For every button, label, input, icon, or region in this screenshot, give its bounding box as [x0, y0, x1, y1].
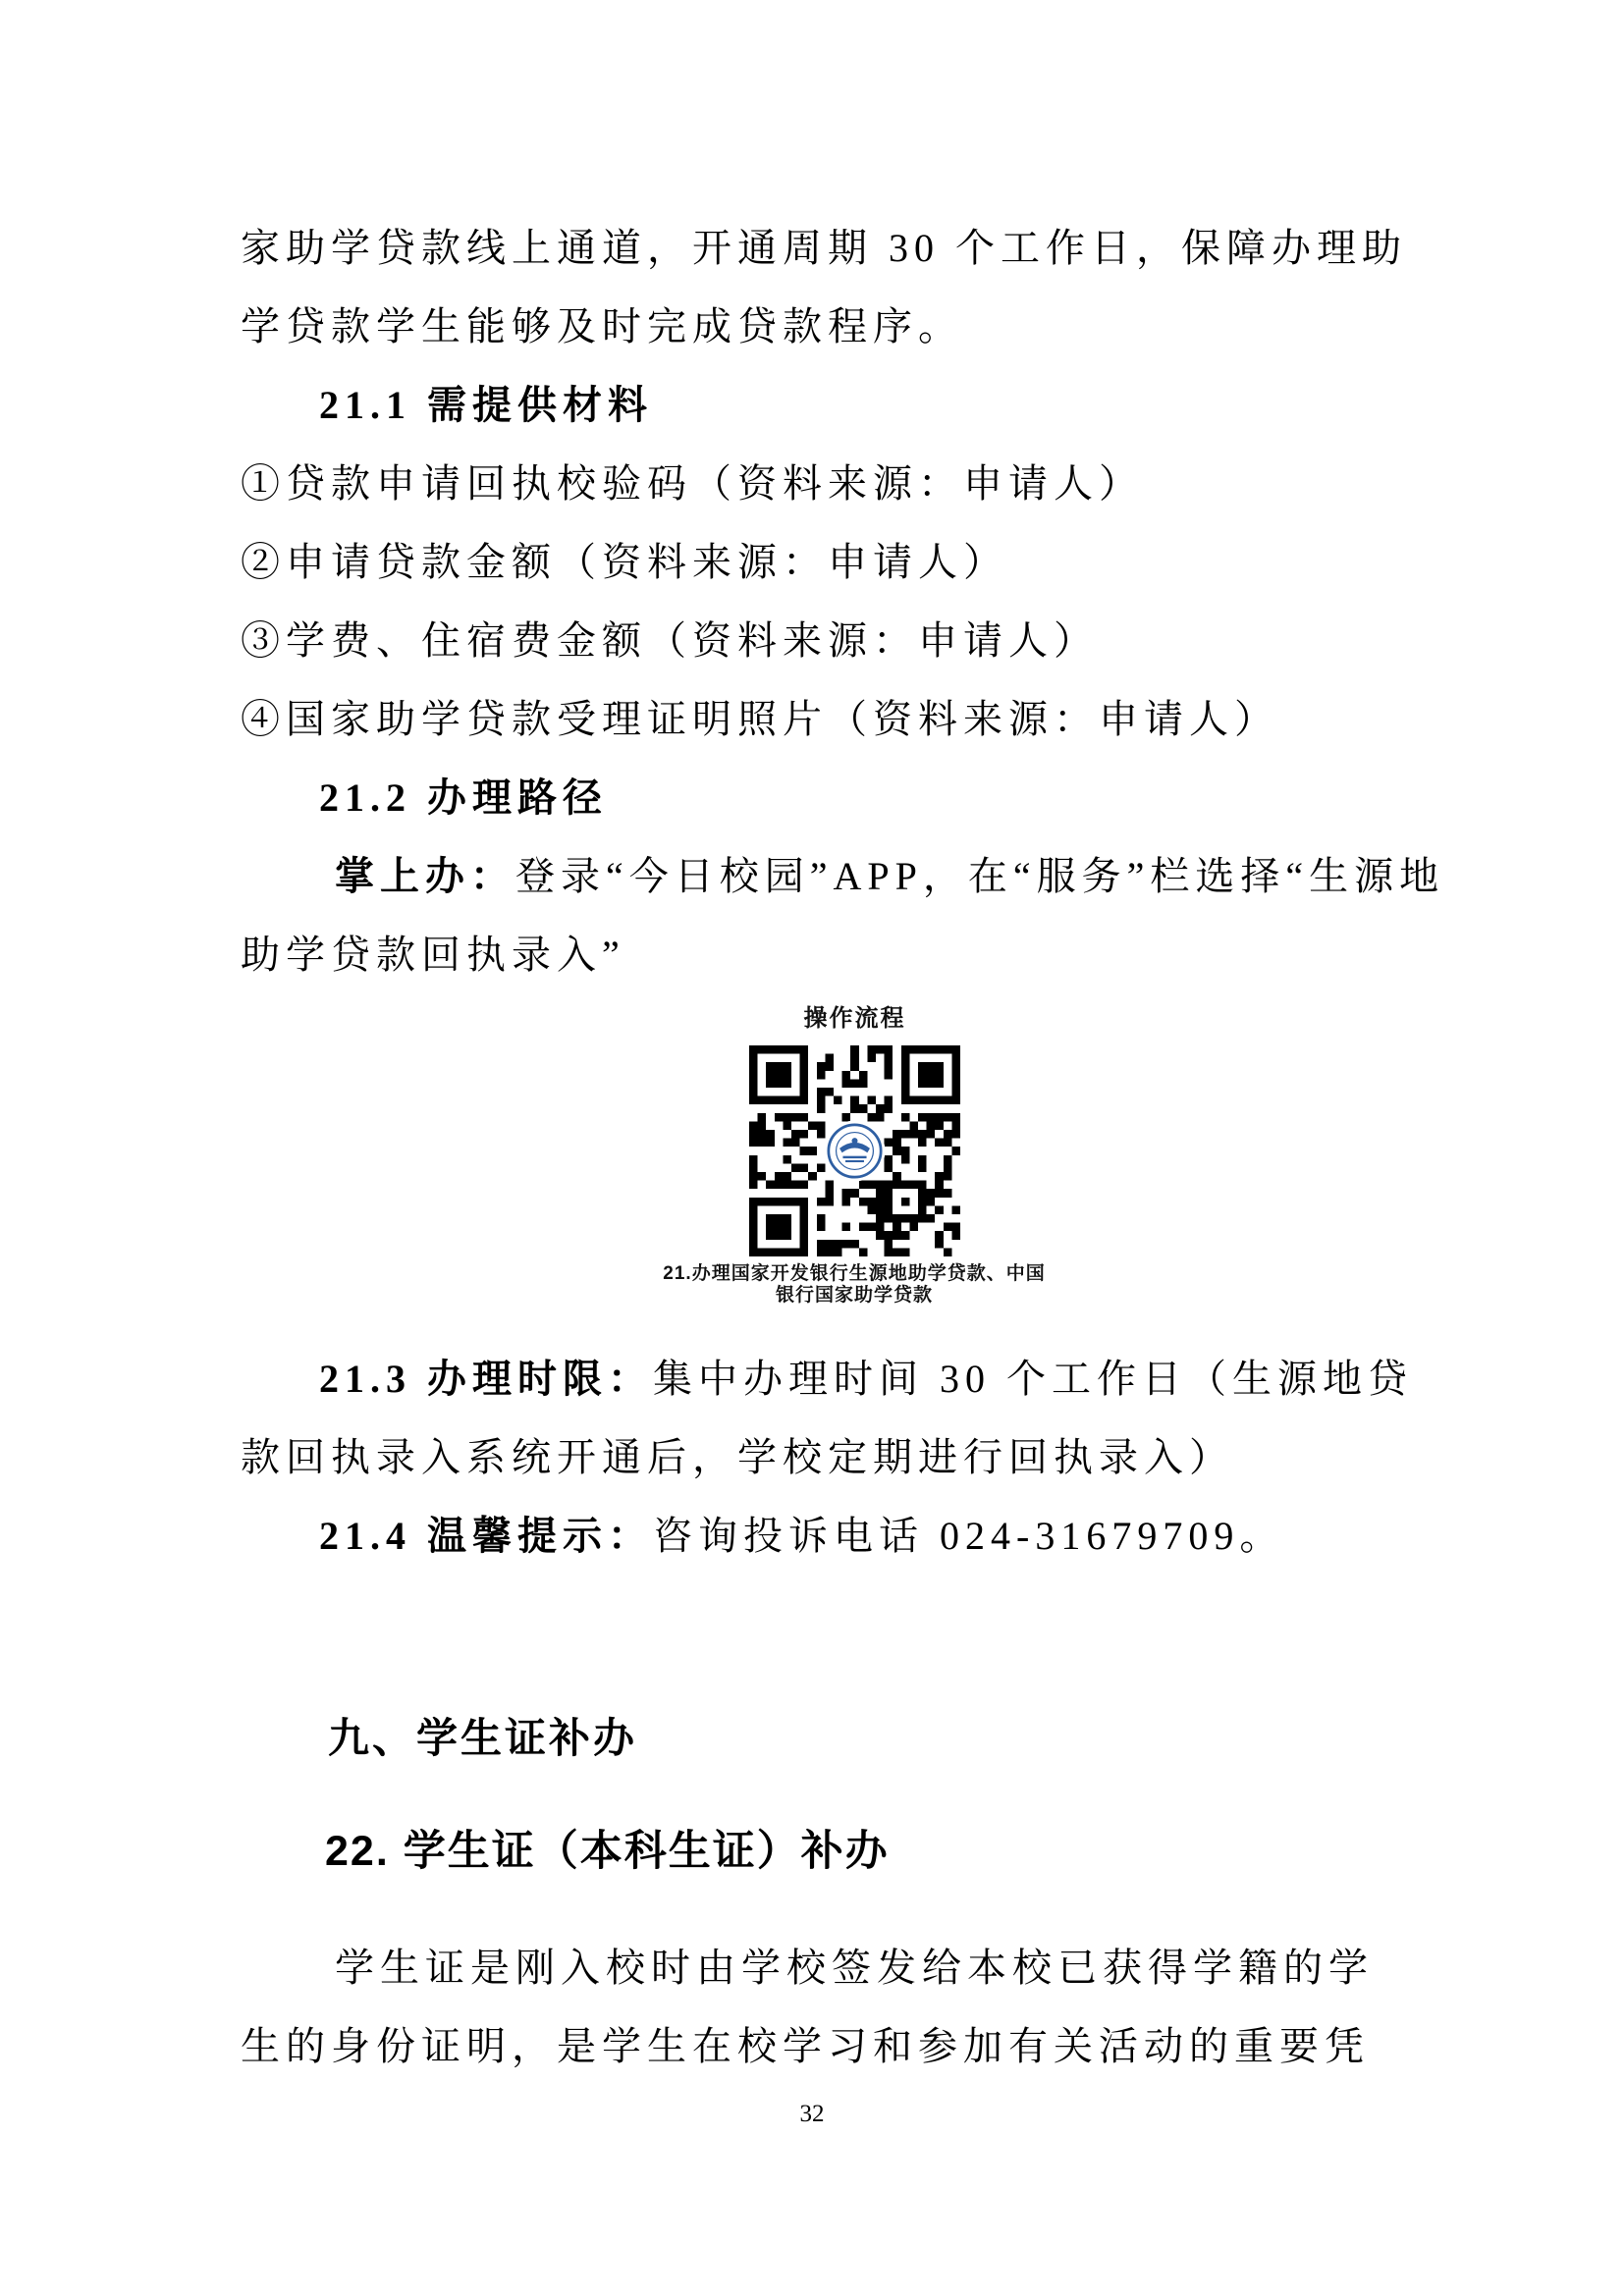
- qr-figure-caption: 21.办理国家开发银行生源地助学贷款、中国 银行国家助学贷款: [599, 1263, 1110, 1307]
- paragraph-line: 生的身份证明，是学生在校学习和参加有关活动的重要凭: [241, 2007, 1370, 2086]
- list-item: ②申请贷款金额（资料来源：申请人）: [241, 523, 1008, 602]
- run-lead: 掌上办：: [335, 854, 515, 898]
- qr-code-svg: [749, 1045, 960, 1256]
- document-page: 家助学贷款线上通道，开通周期 30 个工作日，保障办理助 学贷款学生能够及时完成…: [0, 0, 1624, 2296]
- paragraph-line: 学生证是刚入校时由学校签发给本校已获得学籍的学: [335, 1929, 1374, 2007]
- section-heading-9: 九、学生证补办: [328, 1706, 637, 1765]
- paragraph-line: 21.4 温馨提示：咨询投诉电话 024-31679709。: [319, 1497, 1284, 1575]
- list-item: ①贷款申请回执校验码（资料来源：申请人）: [241, 445, 1144, 523]
- paragraph-line: 学贷款学生能够及时完成贷款程序。: [241, 288, 963, 366]
- run-lead: 21.4 温馨提示：: [319, 1514, 653, 1558]
- run-text: 咨询投诉电话 024-31679709。: [653, 1514, 1284, 1558]
- list-item: ③学费、住宿费金额（资料来源：申请人）: [241, 602, 1099, 680]
- paragraph-line: 助学贷款回执录入”: [241, 916, 625, 994]
- paragraph-line: 21.3 办理时限：集中办理时间 30 个工作日（生源地贷: [319, 1340, 1413, 1418]
- paragraph-line: 款回执录入系统开通后，学校定期进行回执录入）: [241, 1418, 1234, 1497]
- university-seal-logo: [825, 1121, 886, 1182]
- paragraph-line: 家助学贷款线上通道，开通周期 30 个工作日，保障办理助: [241, 209, 1407, 288]
- list-item: ④国家助学贷款受理证明照片（资料来源：申请人）: [241, 680, 1279, 759]
- subsection-heading-21-2: 21.2 办理路径: [319, 759, 608, 837]
- run-lead: 21.3 办理时限：: [319, 1357, 653, 1401]
- paragraph-line: 掌上办：登录“今日校园”APP，在“服务”栏选择“生源地: [335, 837, 1444, 916]
- run-text: 集中办理时间 30 个工作日（生源地贷: [653, 1357, 1413, 1401]
- qr-code-image: [749, 1045, 960, 1256]
- subsection-heading-21-1: 21.1 需提供材料: [319, 366, 653, 445]
- page-number: 32: [0, 2101, 1624, 2128]
- qr-figure-title: 操作流程: [749, 1005, 960, 1033]
- section-heading-22: 22. 学生证（本科生证）补办: [325, 1818, 890, 1878]
- qr-caption-line: 银行国家助学贷款: [599, 1285, 1110, 1307]
- run-text: 登录“今日校园”APP，在“服务”栏选择“生源地: [515, 854, 1444, 898]
- qr-caption-line: 21.办理国家开发银行生源地助学贷款、中国: [599, 1263, 1110, 1285]
